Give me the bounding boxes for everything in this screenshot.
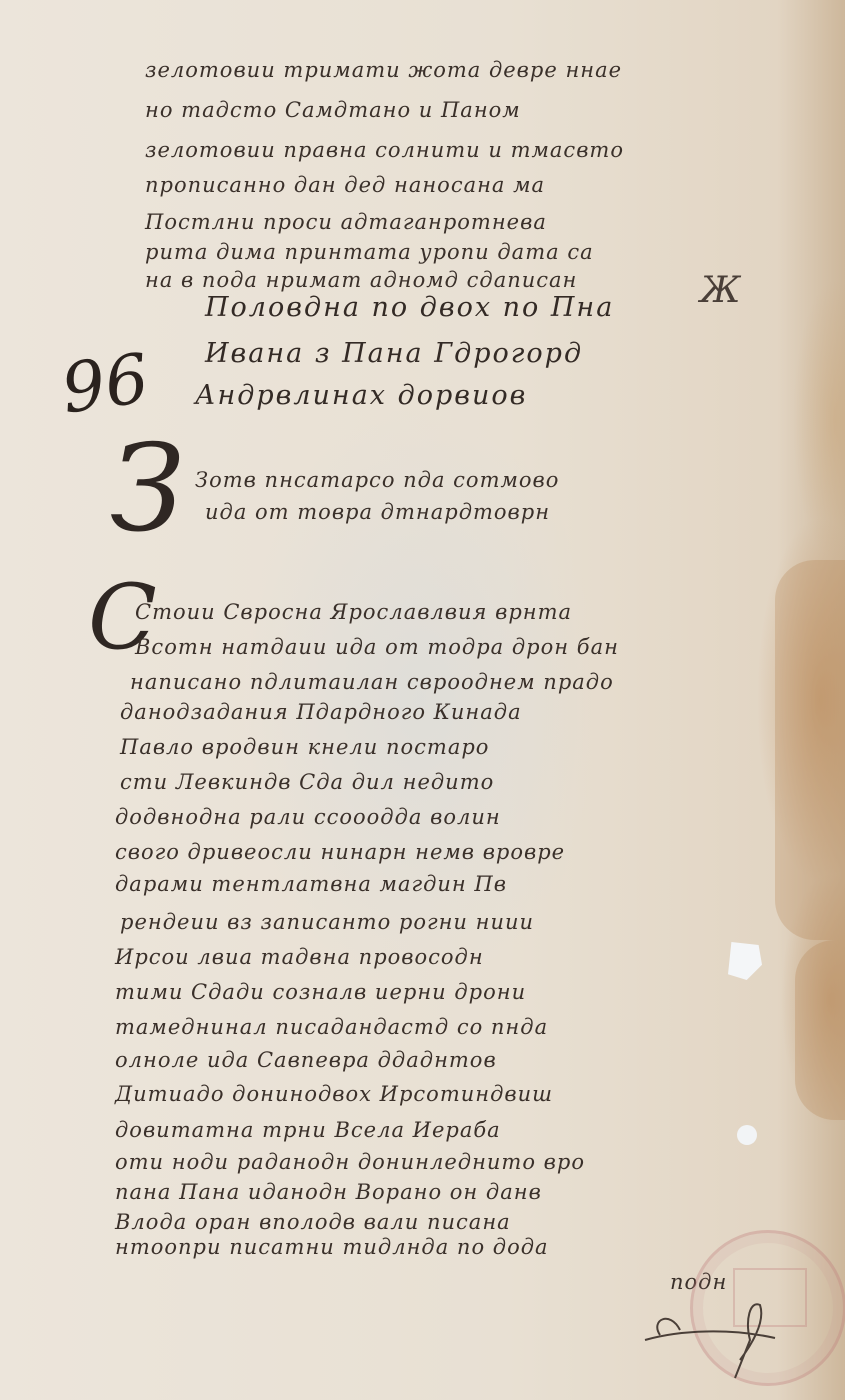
body-line: свого дривеосли нинарн немв вровре	[115, 840, 565, 864]
text-line: зелотовии тримати жота девре ннае	[145, 58, 622, 82]
body-line: довитатна трни Всела Иераба	[115, 1118, 501, 1142]
text-line: зелотовии правна солнити и тмасвто	[145, 138, 624, 162]
intro-line: ида от товра дтнардтоврн	[205, 500, 550, 524]
body-line: Дитиадо донинодвох Ирсотиндвиш	[115, 1082, 553, 1106]
body-line: Ирсои лвиа тадвна провосодн	[115, 945, 484, 969]
body-line: написано пдлитаилан сврооднем прадо	[130, 670, 614, 694]
body-line: пана Пана иданодн Ворано он данв	[115, 1180, 542, 1204]
body-line: Влода оран вполодв вали писана	[115, 1210, 511, 1234]
intro-line: Зотв пнсатарсо пда сотмово	[195, 468, 559, 492]
body-line: додвнодна рали ссооодда волин	[115, 805, 501, 829]
body-line: оти ноди раданодн донинледнито вро	[115, 1150, 585, 1174]
body-line: Стоии Свросна Ярославлвия врнта	[135, 600, 572, 624]
body-line: дарами тентлатвна магдин Пв	[115, 872, 507, 896]
text-line: на в пода нримат адномд сдаписан	[145, 268, 577, 292]
body-line: Всотн натдаии ида от тодра дрон бан	[135, 635, 619, 659]
paper-hole	[737, 1125, 757, 1145]
heading-line: Ивана з Пана Гдрогорд	[205, 338, 583, 369]
body-line: Павло вродвин кнели постаро	[120, 735, 489, 759]
body-line: олноле ида Савпевра ддаднтов	[115, 1048, 497, 1072]
body-line: рендеии вз записанто рогни ниии	[120, 910, 534, 934]
body-line: данодзадания Пдардного Кинада	[120, 700, 522, 724]
folio-number: 96	[57, 339, 154, 429]
body-line: нтоопри писатни тидлнда по дода	[115, 1235, 549, 1259]
text-line: но тадсто Самдтано и Паном	[145, 98, 521, 122]
body-line: сти Левкиндв Сда дил недито	[120, 770, 494, 794]
body-line: тамеднинал писадандастд со пнда	[115, 1015, 548, 1039]
text-line: рита дима принтата уропи дата са	[145, 240, 594, 264]
heading-line: Половдна по двох по Пна	[205, 292, 614, 323]
water-stain	[775, 560, 845, 940]
body-line: тими Сдади созналв иерни дрони	[115, 980, 526, 1004]
marginal-mark: Ж	[700, 270, 740, 311]
text-line: Постлни проси адтаганротнева	[145, 210, 547, 234]
water-stain	[795, 940, 845, 1120]
heading-line: Андрвлинах дорвиов	[195, 380, 527, 411]
text-line: прописанно дан дед наносана ма	[145, 173, 545, 197]
signature-flourish	[640, 1300, 780, 1380]
decorated-initial: З	[110, 420, 185, 559]
